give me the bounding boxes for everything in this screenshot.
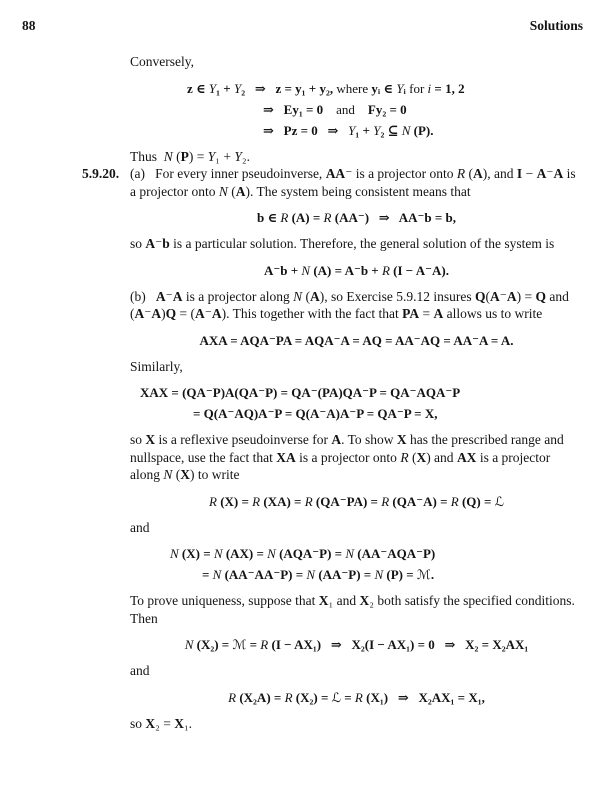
paragraph-uniqueness: To prove uniqueness, suppose that X₁ and… <box>130 592 583 627</box>
paragraph-reflexive: so X is a reflexive pseudoinverse for A.… <box>130 431 583 484</box>
exercise-5-9-20: 5.9.20. (a) For every inner pseudoinvers… <box>130 165 583 200</box>
paragraph-conversely: Conversely, <box>130 53 583 71</box>
equation-xax: XAX = (QA⁻P)A(QA⁻P) = QA⁻(PA)QA⁻P = QA⁻A… <box>130 382 583 424</box>
equation-line: XAX = (QA⁻P)A(QA⁻P) = QA⁻(PA)QA⁻P = QA⁻A… <box>140 382 583 403</box>
equation-general-solution: A⁻b + N (A) = A⁻b + R (I − A⁻A). <box>130 260 583 281</box>
running-title: Solutions <box>530 17 583 34</box>
exercise-number: 5.9.20. <box>82 165 119 183</box>
paragraph-and-1: and <box>130 519 583 537</box>
equation-line: = N (AA⁻AA⁻P) = N (AA⁻P) = N (P) = ℳ. <box>202 564 583 585</box>
paragraph-part-a: (a) For every inner pseudoinverse, AA⁻ i… <box>130 165 583 200</box>
equation-line: z ∈ Y₁ + Y₂ ⇒ z = y₁ + y₂, where yᵢ ∈ Yᵢ… <box>187 78 583 99</box>
equation-line: = Q(A⁻AQ)A⁻P = Q(A⁻A)A⁻P = QA⁻P = X, <box>193 403 583 424</box>
equation-x2-nullspace: N (X₂) = ℳ = R (I − AX₁) ⇒ X₂(I − AX₁) =… <box>130 634 583 655</box>
paragraph-similarly: Similarly, <box>130 358 583 376</box>
equation-line: ⇒ Pz = 0 ⇒ Y₁ + Y₂ ⊆ N (P). <box>263 120 583 141</box>
page-number: 88 <box>22 17 36 34</box>
paragraph-particular-solution: so A⁻b is a particular solution. Therefo… <box>130 235 583 253</box>
equation-nullspace-x: N (X) = N (AX) = N (AQA⁻P) = N (AA⁻AQA⁻P… <box>130 543 583 585</box>
equation-x2-range: R (X₂A) = R (X₂) = ℒ = R (X₁) ⇒ X₂AX₁ = … <box>130 687 583 708</box>
paragraph-thus: Thus N (P) = Y₁ + Y₂. <box>130 148 583 166</box>
equation-line: N (X) = N (AX) = N (AQA⁻P) = N (AA⁻AQA⁻P… <box>170 543 583 564</box>
book-page: 88 Solutions Conversely, z ∈ Y₁ + Y₂ ⇒ z… <box>0 0 610 800</box>
page-header: 88 Solutions <box>0 0 610 34</box>
paragraph-conclusion: so X₂ = X₁. <box>130 715 583 733</box>
equation-z-membership: z ∈ Y₁ + Y₂ ⇒ z = y₁ + y₂, where yᵢ ∈ Yᵢ… <box>130 78 583 141</box>
solution-text-body: Conversely, z ∈ Y₁ + Y₂ ⇒ z = y₁ + y₂, w… <box>130 53 583 732</box>
equation-line: ⇒ Ey₁ = 0 and Fy₂ = 0 <box>263 99 583 120</box>
equation-axa: AXA = AQA⁻PA = AQA⁻A = AQ = AA⁻AQ = AA⁻A… <box>130 330 583 351</box>
paragraph-part-b: (b) A⁻A is a projector along N (A), so E… <box>130 288 583 323</box>
paragraph-and-2: and <box>130 662 583 680</box>
equation-b-in-range: b ∈ R (A) = R (AA⁻) ⇒ AA⁻b = b, <box>130 207 583 228</box>
equation-range-x: R (X) = R (XA) = R (QA⁻PA) = R (QA⁻A) = … <box>130 491 583 512</box>
